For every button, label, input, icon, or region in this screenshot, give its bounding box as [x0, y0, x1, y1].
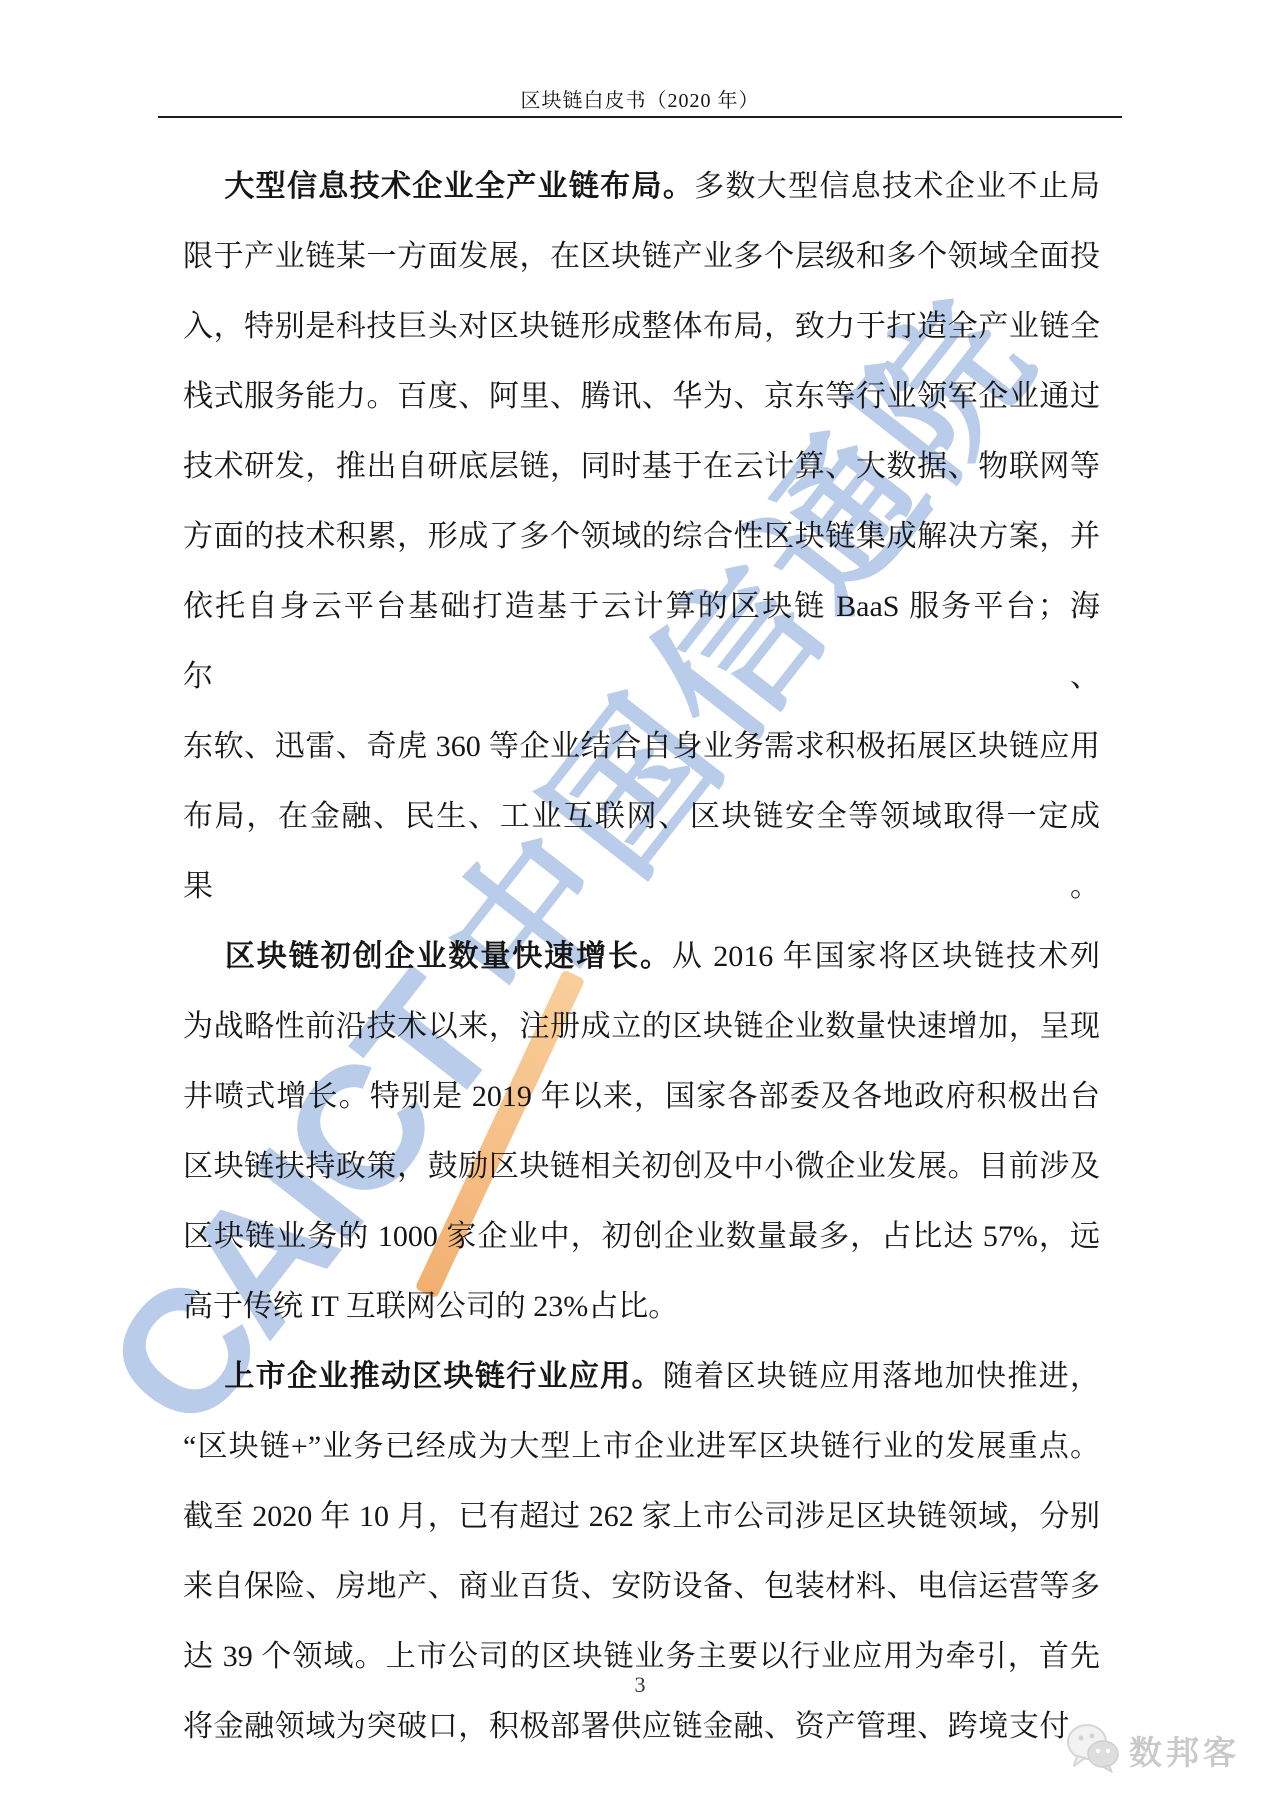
paragraph-lead-rest: 多数大型信息技术企业不止局	[694, 170, 1100, 203]
body-line: 高于传统 IT 互联网公司的 23%占比。	[183, 1272, 1100, 1342]
body-line: 栈式服务能力。百度、阿里、腾讯、华为、京东等行业领军企业通过	[183, 362, 1100, 432]
body-line: 将金融领域为突破口，积极部署供应链金融、资产管理、跨境支付、	[183, 1692, 1100, 1762]
body-line: 区块链业务的 1000 家企业中，初创企业数量最多，占比达 57%，远	[183, 1202, 1100, 1272]
brand-name: 数邦客	[1129, 1727, 1240, 1774]
body-line: 来自保险、房地产、商业百货、安防设备、包装材料、电信运营等多	[183, 1552, 1100, 1622]
paragraph-lead-bold: 上市企业推动区块链行业应用。	[223, 1360, 663, 1393]
paragraph: 区块链初创企业数量快速增长。从 2016 年国家将区块链技术列 为战略性前沿技术…	[183, 922, 1100, 1342]
paragraph: 上市企业推动区块链行业应用。随着区块链应用落地加快推进， “区块链+”业务已经成…	[183, 1342, 1100, 1762]
body-line: 为战略性前沿技术以来，注册成立的区块链企业数量快速增加，呈现	[183, 992, 1100, 1062]
paragraph-lead-line: 上市企业推动区块链行业应用。随着区块链应用落地加快推进，	[183, 1342, 1100, 1412]
chat-bubbles-icon	[1065, 1722, 1121, 1779]
body-line: 依托自身云平台基础打造基于云计算的区块链 BaaS 服务平台；海尔、	[183, 572, 1100, 712]
shubangke-logo: 数邦客	[1065, 1722, 1240, 1779]
body-line: 方面的技术积累，形成了多个领域的综合性区块链集成解决方案，并	[183, 502, 1100, 572]
paragraph-lead-line: 大型信息技术企业全产业链布局。多数大型信息技术企业不止局	[183, 152, 1100, 222]
header-rule	[158, 116, 1122, 118]
paragraph-lead-rest: 从 2016 年国家将区块链技术列	[672, 940, 1100, 973]
body-line: 井喷式增长。特别是 2019 年以来，国家各部委及各地政府积极出台	[183, 1062, 1100, 1132]
body-line: 东软、迅雷、奇虎 360 等企业结合自身业务需求积极拓展区块链应用	[183, 712, 1100, 782]
body-line: 布局，在金融、民生、工业互联网、区块链安全等领域取得一定成果。	[183, 782, 1100, 922]
body-line: 区块链扶持政策，鼓励区块链相关初创及中小微企业发展。目前涉及	[183, 1132, 1100, 1202]
paragraph-lead-bold: 大型信息技术企业全产业链布局。	[223, 170, 694, 203]
paragraph-lead-line: 区块链初创企业数量快速增长。从 2016 年国家将区块链技术列	[183, 922, 1100, 992]
body-text: 大型信息技术企业全产业链布局。多数大型信息技术企业不止局 限于产业链某一方面发展…	[183, 152, 1100, 1762]
body-line: 入，特别是科技巨头对区块链形成整体布局，致力于打造全产业链全	[183, 292, 1100, 362]
document-page: CAICT中国信通院 区块链白皮书（2020 年） 大型信息技术企业全产业链布局…	[0, 0, 1280, 1811]
paragraph: 大型信息技术企业全产业链布局。多数大型信息技术企业不止局 限于产业链某一方面发展…	[183, 152, 1100, 922]
page-number: 3	[0, 1672, 1280, 1698]
page-content: 区块链白皮书（2020 年） 大型信息技术企业全产业链布局。多数大型信息技术企业…	[0, 0, 1280, 1811]
body-line: “区块链+”业务已经成为大型上市企业进军区块链行业的发展重点。	[183, 1412, 1100, 1482]
paragraph-lead-bold: 区块链初创企业数量快速增长。	[223, 940, 672, 973]
paragraph-lead-rest: 随着区块链应用落地加快推进，	[663, 1360, 1100, 1393]
body-line: 截至 2020 年 10 月，已有超过 262 家上市公司涉足区块链领域，分别	[183, 1482, 1100, 1552]
document-title: 区块链白皮书（2020 年）	[0, 84, 1280, 113]
body-line: 技术研发，推出自研底层链，同时基于在云计算、大数据、物联网等	[183, 432, 1100, 502]
body-line: 限于产业链某一方面发展，在区块链产业多个层级和多个领域全面投	[183, 222, 1100, 292]
